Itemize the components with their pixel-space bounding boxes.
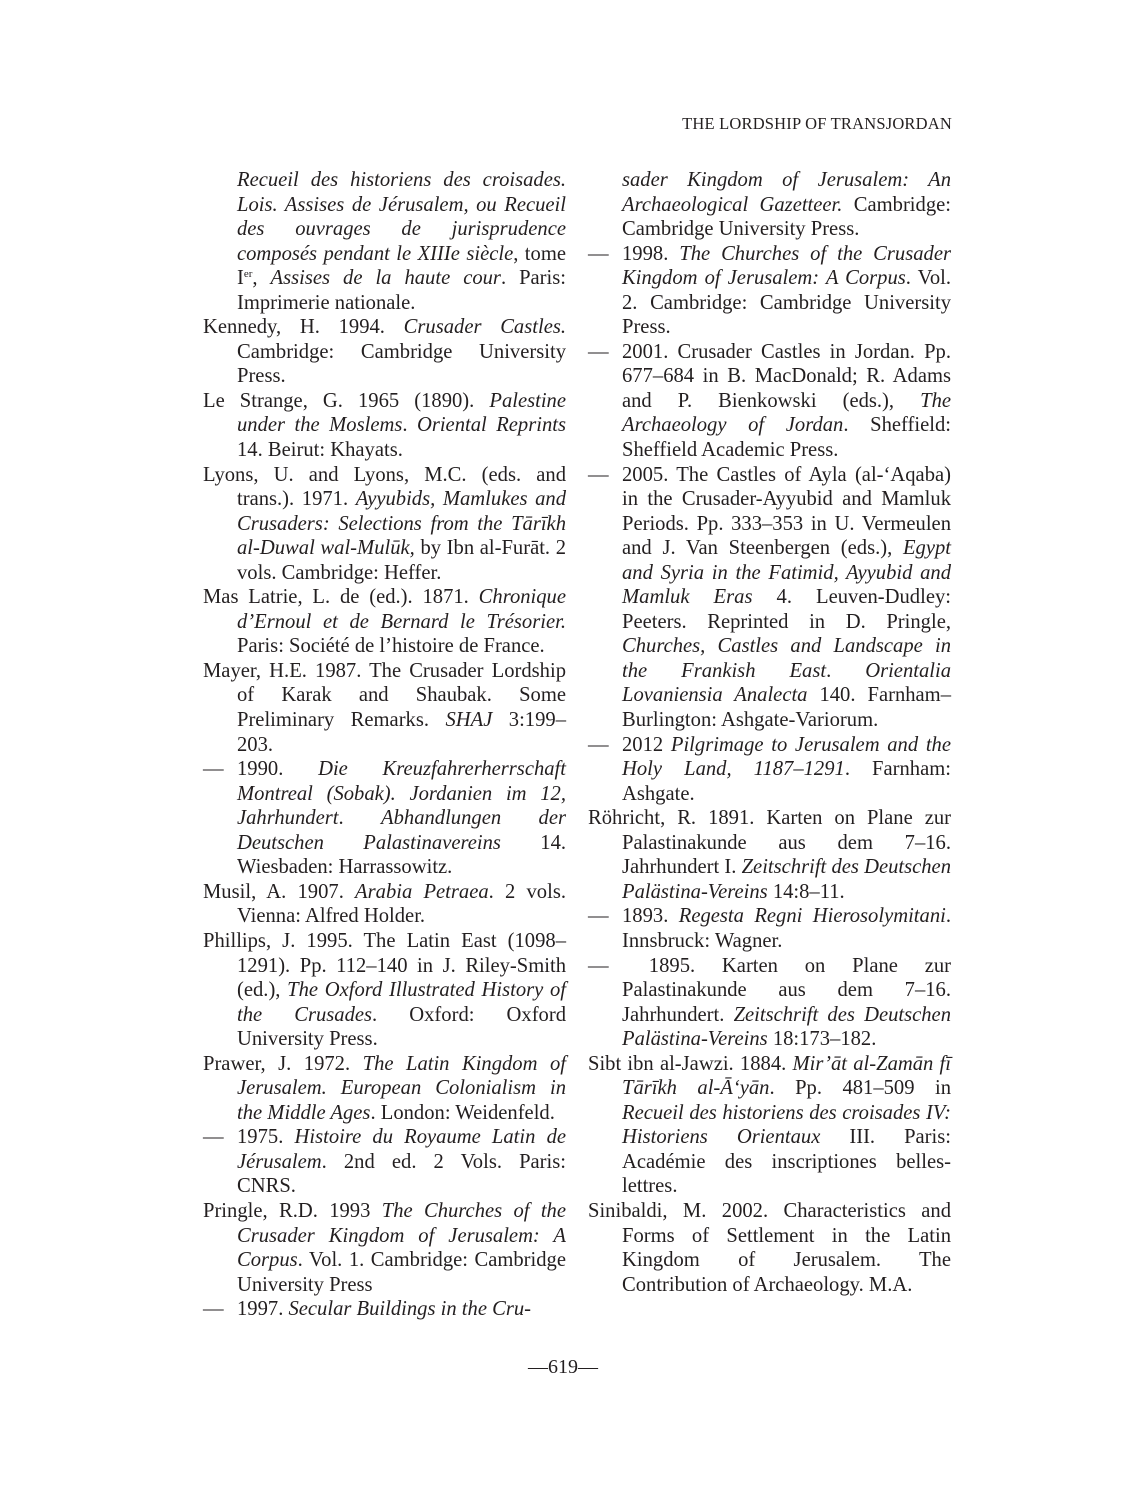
title-text: Assises de la haute cour [271, 267, 501, 289]
document-page: THE LORDSHIP OF TRANSJORDAN Recueil des … [0, 0, 1126, 1500]
bibliography-column-right: sader Kingdom of Jerusalem: An Archaeolo… [588, 168, 951, 1297]
citation-text: 2005. The Castles of Ayla (al-‘Aqaba) in… [622, 464, 951, 560]
citation-text: 2012 [622, 734, 671, 756]
bibliography-entry: —1997. Secular Buildings in the Cru- [203, 1297, 566, 1322]
ditto-dash: — [203, 1125, 237, 1150]
citation-text: 1975. [237, 1126, 295, 1148]
bibliography-entry: —2012 Pilgrimage to Jerusalem and the Ho… [588, 733, 951, 807]
citation-text: Prawer, J. 1972. [203, 1053, 363, 1075]
bibliography-entry: Phillips, J. 1995. The Latin East (1098–… [203, 929, 566, 1052]
citation-text: Cambridge: Cambridge University Press. [237, 341, 566, 388]
citation-text: 1998. [622, 243, 679, 265]
ditto-dash: — [588, 733, 622, 758]
bibliography-entry-continuation: sader Kingdom of Jerusalem: An Archaeolo… [588, 168, 951, 242]
ditto-dash: — [203, 757, 237, 782]
bibliography-entry: Röhricht, R. 1891. Karten on Plane zur P… [588, 806, 951, 904]
citation-text: . [338, 807, 381, 829]
page-number: —619— [0, 1356, 1126, 1379]
ditto-dash: — [588, 242, 622, 267]
bibliography-entry: Sinibaldi, M. 2002. Characteristics and … [588, 1199, 951, 1297]
bibliography-entry: Mas Latrie, L. de (ed.). 1871. Chronique… [203, 585, 566, 659]
citation-text: . [826, 660, 865, 682]
bibliography-entry: Prawer, J. 1972. The Latin Kingdom of Je… [203, 1052, 566, 1126]
citation-text: . [402, 414, 417, 436]
citation-text: . London: Weidenfeld. [370, 1102, 554, 1124]
bibliography-entry: —1975. Histoire du Royaume Latin de Jéru… [203, 1125, 566, 1199]
bibliography-entry: Pringle, R.D. 1993 The Churches of the C… [203, 1199, 566, 1297]
running-head: THE LORDSHIP OF TRANSJORDAN [682, 114, 952, 134]
citation-text: Le Strange, G. 1965 (1890). [203, 390, 489, 412]
citation-text: 1893. [622, 905, 679, 927]
bibliography-entry: Le Strange, G. 1965 (1890). Palestine un… [203, 389, 566, 463]
citation-text: Kennedy, H. 1994. [203, 316, 404, 338]
citation-text: 1997. [237, 1298, 288, 1320]
bibliography-entry: —2001. Crusader Castles in Jordan. Pp. 6… [588, 340, 951, 463]
citation-text: 2001. Crusader Castles in Jordan. Pp. 67… [622, 341, 951, 412]
title-text: Regesta Regni Hierosolymitani [679, 905, 946, 927]
bibliography-entry: Musil, A. 1907. Arabia Petraea. 2 vols. … [203, 880, 566, 929]
bibliography-entry: Kennedy, H. 1994. Crusader Castles. Camb… [203, 315, 566, 389]
citation-text: Pringle, R.D. 1993 [203, 1200, 382, 1222]
bibliography-entry: —1893. Regesta Regni Hierosolymitani. In… [588, 904, 951, 953]
bibliography-entry: —1990. Die Kreuzfahrerherrschaft Montrea… [203, 757, 566, 880]
citation-text: 18:173–182. [768, 1028, 877, 1050]
citation-text: Paris: Société de l’histoire de France. [237, 635, 545, 657]
title-text: Arabia Petraea [355, 881, 489, 903]
ditto-dash: — [588, 340, 622, 365]
bibliography-column-left: Recueil des historiens des croisades. Lo… [203, 168, 566, 1322]
citation-text: Sibt ibn al-Jawzi. 1884. [588, 1053, 792, 1075]
ditto-dash: — [588, 904, 622, 929]
citation-text: 14. Beirut: Khayats. [237, 439, 403, 461]
citation-text: Musil, A. 1907. [203, 881, 355, 903]
ditto-dash: — [588, 954, 622, 979]
bibliography-entry-continuation: Recueil des historiens des croisades. Lo… [203, 168, 566, 315]
bibliography-entry: Lyons, U. and Lyons, M.C. (eds. and tran… [203, 463, 566, 586]
citation-text: 14:8–11. [768, 881, 845, 903]
ditto-dash: — [588, 463, 622, 488]
bibliography-entry: —1998. The Churches of the Crusader King… [588, 242, 951, 340]
title-text: Crusader Castles. [404, 316, 566, 338]
citation-text: Mas Latrie, L. de (ed.). 1871. [203, 586, 479, 608]
citation-text: , [252, 267, 270, 289]
title-text: Secular Buildings in the Cru- [288, 1298, 531, 1320]
citation-text: 1990. [237, 758, 318, 780]
bibliography-entry: — 1895. Karten on Plane zur Palastinakun… [588, 954, 951, 1052]
bibliography-entry: Mayer, H.E. 1987. The Crusader Lordship … [203, 659, 566, 757]
title-text: SHAJ [445, 709, 492, 731]
bibliography-entry: Sibt ibn al-Jawzi. 1884. Mir’āt al-Zamān… [588, 1052, 951, 1199]
bibliography-entry: —2005. The Castles of Ayla (al-‘Aqaba) i… [588, 463, 951, 733]
citation-text: . Pp. 481–509 in [769, 1077, 951, 1099]
ditto-dash: — [203, 1297, 237, 1322]
citation-text: Sinibaldi, M. 2002. Characteristics and … [588, 1200, 951, 1296]
title-text: Oriental Reprints [417, 414, 566, 436]
